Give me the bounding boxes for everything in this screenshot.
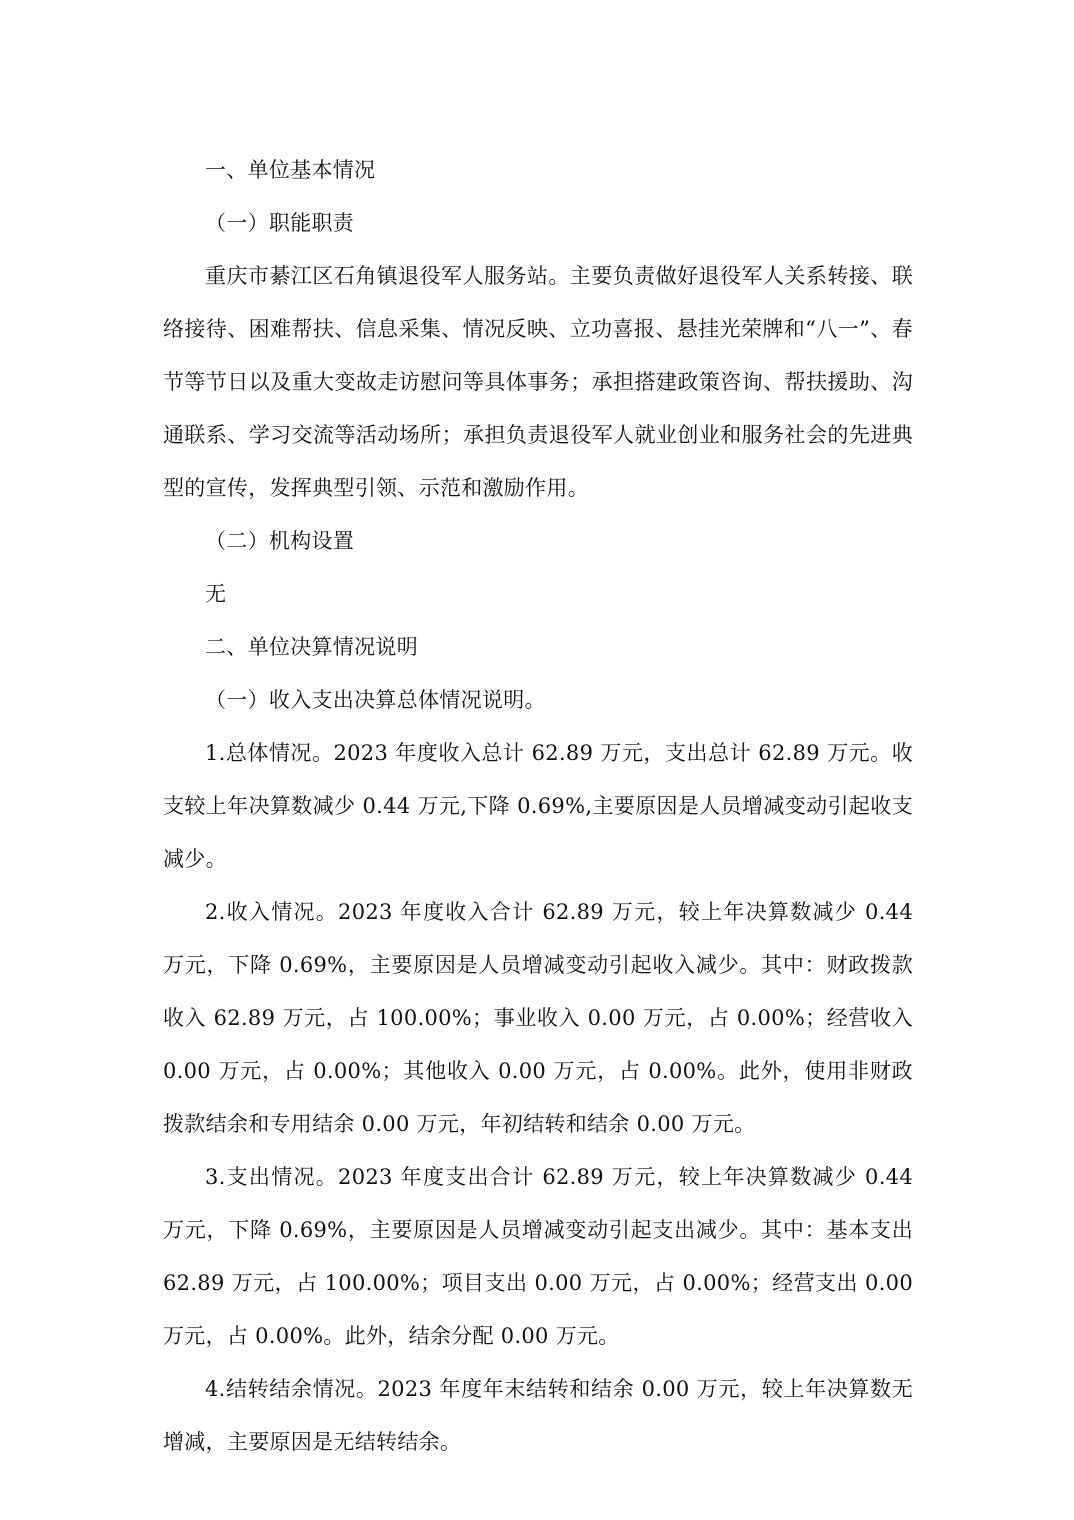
paragraph-expenditure-situation: 3.支出情况。2023 年度支出合计 62.89 万元，较上年决算数减少 0.4… bbox=[163, 1151, 913, 1363]
document-page: 一、单位基本情况 （一）职能职责 重庆市綦江区石角镇退役军人服务站。主要负责做好… bbox=[163, 144, 913, 1469]
paragraph-carryover-balance: 4.结转结余情况。2023 年度年末结转和结余 0.00 万元，较上年决算数无增… bbox=[163, 1363, 913, 1469]
paragraph-overall-situation: 1.总体情况。2023 年度收入总计 62.89 万元，支出总计 62.89 万… bbox=[163, 727, 913, 886]
subsection-heading-functions-duties: （一）职能职责 bbox=[163, 197, 913, 250]
section-heading-unit-basic-info: 一、单位基本情况 bbox=[163, 144, 913, 197]
subsection-heading-organization: （二）机构设置 bbox=[163, 515, 913, 568]
paragraph-functions-duties: 重庆市綦江区石角镇退役军人服务站。主要负责做好退役军人关系转接、联络接待、困难帮… bbox=[163, 250, 913, 515]
paragraph-organization-none: 无 bbox=[163, 568, 913, 621]
subsection-heading-income-expenditure-overview: （一）收入支出决算总体情况说明。 bbox=[163, 674, 913, 727]
section-heading-final-accounts: 二、单位决算情况说明 bbox=[163, 621, 913, 674]
paragraph-income-situation: 2.收入情况。2023 年度收入合计 62.89 万元，较上年决算数减少 0.4… bbox=[163, 886, 913, 1151]
